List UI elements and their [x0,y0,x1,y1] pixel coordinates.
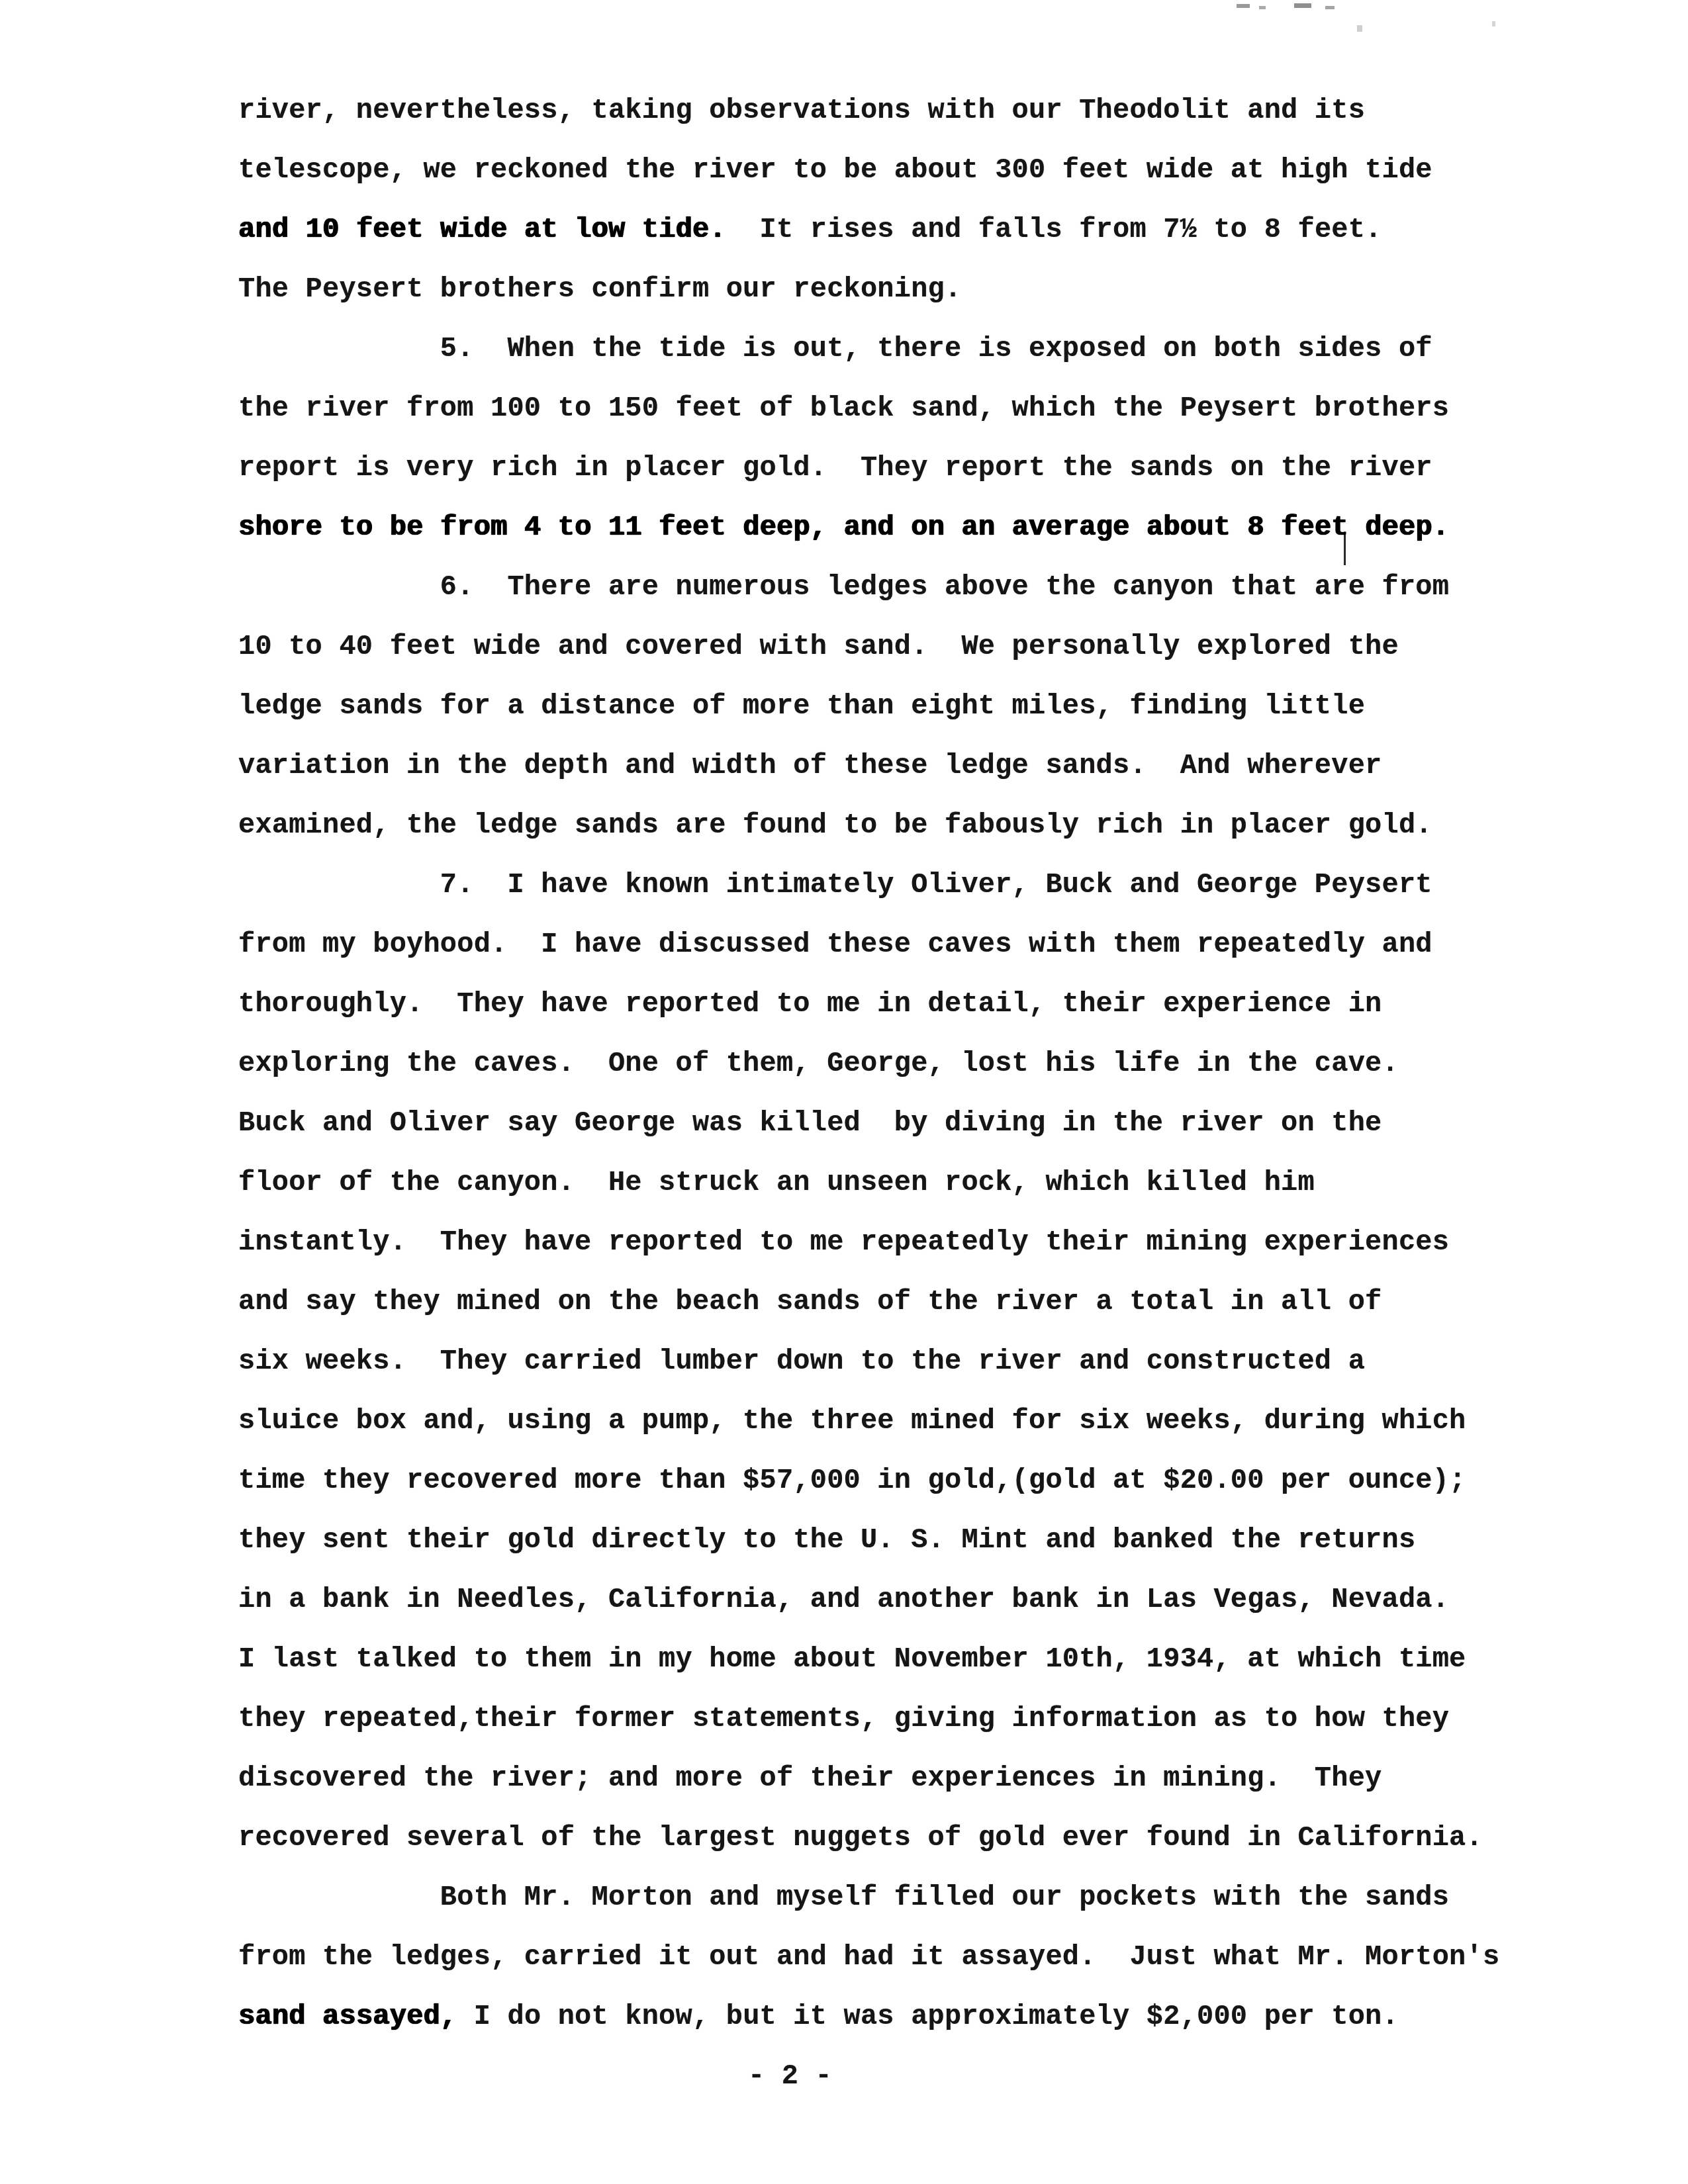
typewriter-text: I do not know, but it was approximately … [457,2001,1399,2032]
typewriter-text: and say they mined on the beach sands of… [238,1286,1382,1318]
document-line: ledge sands for a distance of more than … [238,676,1595,736]
scan-artifact [1294,3,1311,8]
document-line: instantly. They have reported to me repe… [238,1212,1595,1272]
document-line: examined, the ledge sands are found to b… [238,796,1595,855]
scan-artifact [1259,6,1266,9]
typewriter-text: 6. There are numerous ledges above the c… [238,571,1449,603]
document-line: six weeks. They carried lumber down to t… [238,1332,1595,1391]
document-line: they sent their gold directly to the U. … [238,1510,1595,1570]
typewriter-text: six weeks. They carried lumber down to t… [238,1345,1365,1377]
document-line: and say they mined on the beach sands of… [238,1272,1595,1332]
typewriter-text: telescope, we reckoned the river to be a… [238,154,1432,186]
typewriter-text: floor of the canyon. He struck an unseen… [238,1167,1315,1199]
scan-artifact [1325,6,1335,9]
typewriter-text: the river from 100 to 150 feet of black … [238,392,1449,424]
typewriter-text: in a bank in Needles, California, and an… [238,1584,1449,1615]
typewriter-text: river, nevertheless, taking observations… [238,95,1365,126]
document-line: time they recovered more than $57,000 in… [238,1451,1595,1510]
typewriter-text: from the ledges, carried it out and had … [238,1941,1499,1973]
typewriter-text: instantly. They have reported to me repe… [238,1226,1449,1258]
typewriter-text: thoroughly. They have reported to me in … [238,988,1382,1020]
page-number: - 2 - [238,2046,1595,2106]
typewriter-text-overstruck: shore to be from 4 to 11 feet deep, and … [238,512,1449,543]
typewriter-text: variation in the depth and width of thes… [238,750,1382,782]
document-line: The Peysert brothers confirm our reckoni… [238,259,1595,319]
typewriter-text-overstruck: and 10 feet wide at low tide. [238,214,726,246]
typewriter-text: examined, the ledge sands are found to b… [238,809,1432,841]
typewriter-text: time they recovered more than $57,000 in… [238,1465,1466,1496]
document-line: exploring the caves. One of them, George… [238,1034,1595,1093]
document-line: I last talked to them in my home about N… [238,1629,1595,1689]
document-line: 6. There are numerous ledges above the c… [238,557,1595,617]
typewriter-text: Both Mr. Morton and myself filled our po… [238,1882,1449,1913]
document-line: from my boyhood. I have discussed these … [238,915,1595,974]
document-line: floor of the canyon. He struck an unseen… [238,1153,1595,1212]
typewriter-text: discovered the river; and more of their … [238,1762,1382,1794]
document-line: in a bank in Needles, California, and an… [238,1570,1595,1629]
document-line: recovered several of the largest nuggets… [238,1808,1595,1868]
document-line: Both Mr. Morton and myself filled our po… [238,1868,1595,1927]
typewriter-text: report is very rich in placer gold. They… [238,452,1432,484]
typewriter-text: 5. When the tide is out, there is expose… [238,333,1432,365]
scan-artifact [1237,4,1250,8]
document-line: from the ledges, carried it out and had … [238,1927,1595,1987]
typewriter-text: they repeated,their former statements, g… [238,1703,1449,1735]
document-line: shore to be from 4 to 11 feet deep, and … [238,498,1595,557]
document-page: river, nevertheless, taking observations… [0,0,1688,2184]
document-line: thoroughly. They have reported to me in … [238,974,1595,1034]
typewriter-text: Buck and Oliver say George was killed by… [238,1107,1382,1139]
typewriter-text: It rises and falls from 7½ to 8 feet. [726,214,1382,246]
typewriter-text: 10 to 40 feet wide and covered with sand… [238,631,1399,662]
typewriter-text: sluice box and, using a pump, the three … [238,1405,1466,1437]
document-line: sand assayed, I do not know, but it was … [238,1987,1595,2046]
document-line: report is very rich in placer gold. They… [238,438,1595,498]
typewriter-text: they sent their gold directly to the U. … [238,1524,1415,1556]
document-line: telescope, we reckoned the river to be a… [238,140,1595,200]
document-line: Buck and Oliver say George was killed by… [238,1093,1595,1153]
document-line: discovered the river; and more of their … [238,1749,1595,1808]
document-line: and 10 feet wide at low tide. It rises a… [238,200,1595,259]
document-line: 5. When the tide is out, there is expose… [238,319,1595,379]
typewriter-text: from my boyhood. I have discussed these … [238,929,1432,960]
typewriter-text: 7. I have known intimately Oliver, Buck … [238,869,1432,901]
typewriter-text: The Peysert brothers confirm our reckoni… [238,273,961,305]
typewriter-text-overstruck: sand assayed, [238,2001,457,2032]
document-line: variation in the depth and width of thes… [238,736,1595,796]
document-text-block: river, nevertheless, taking observations… [238,81,1595,2106]
typewriter-text: ledge sands for a distance of more than … [238,690,1365,722]
scan-artifact [1357,25,1362,32]
document-line: river, nevertheless, taking observations… [238,81,1595,140]
document-lines: river, nevertheless, taking observations… [238,81,1595,2046]
typewriter-text: I last talked to them in my home about N… [238,1643,1466,1675]
document-line: 10 to 40 feet wide and covered with sand… [238,617,1595,676]
typewriter-text: recovered several of the largest nuggets… [238,1822,1483,1854]
scan-artifact [1492,21,1495,26]
document-line: sluice box and, using a pump, the three … [238,1391,1595,1451]
document-line: 7. I have known intimately Oliver, Buck … [238,855,1595,915]
document-line: the river from 100 to 150 feet of black … [238,379,1595,438]
typewriter-text: exploring the caves. One of them, George… [238,1048,1399,1079]
document-line: they repeated,their former statements, g… [238,1689,1595,1749]
